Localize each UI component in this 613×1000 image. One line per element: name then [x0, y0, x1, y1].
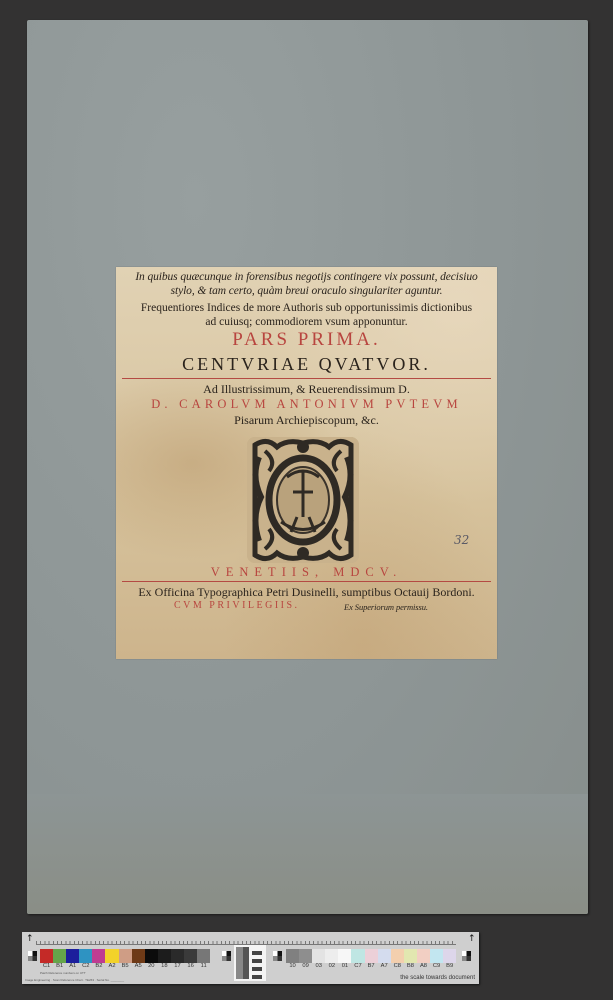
measurement-ruler — [36, 936, 456, 945]
gray-mini-target-2 — [222, 951, 231, 961]
patch-11 — [197, 949, 210, 963]
label-A7: A7 — [378, 963, 391, 969]
gray-mini-target-1 — [28, 951, 37, 961]
right-patch-labels: 10 09 03 02 01 C7 B7 A7 C8 B8 A8 C9 B9 — [286, 963, 456, 969]
patch-B1 — [53, 949, 66, 963]
patch-16 — [184, 949, 197, 963]
label-18: 18 — [158, 963, 171, 969]
handwritten-note: 32 — [454, 533, 469, 547]
patch-A2 — [105, 949, 118, 963]
label-B1: B1 — [53, 963, 66, 969]
resolution-mark-4 — [252, 975, 262, 979]
label-09: 09 — [299, 963, 312, 969]
label-01: 01 — [338, 963, 351, 969]
subtitle-italic-line-2: stylo, & tam certo, quàm breui oraculo s… — [116, 285, 497, 297]
imprint-printer: Ex Officina Typographica Petri Dusinelli… — [116, 585, 497, 600]
up-arrow-icon-left: ↑ — [26, 935, 34, 944]
resolution-mark-3 — [252, 967, 262, 971]
patch-C7 — [351, 949, 364, 963]
label-B8: B8 — [404, 963, 417, 969]
label-20: 20 — [145, 963, 158, 969]
label-16: 16 — [184, 963, 197, 969]
patch-C1 — [40, 949, 53, 963]
patch-20 — [145, 949, 158, 963]
label-C8: C8 — [391, 963, 404, 969]
label-C1: C1 — [40, 963, 53, 969]
patch-C8 — [391, 949, 404, 963]
subtitle-roman-line-2: ad cuiusq; commodiorem vsum apponuntur. — [116, 316, 497, 328]
dedicatee-name: D. CAROLVM ANTONIVM PVTEVM — [116, 397, 497, 412]
label-B9: B9 — [443, 963, 456, 969]
label-A2: A2 — [105, 963, 118, 969]
centuriae-heading: CENTVRIAE QVATVOR. — [116, 354, 497, 375]
label-10: 10 — [286, 963, 299, 969]
patch-B7 — [365, 949, 378, 963]
gray-bar-light — [236, 947, 243, 979]
woodcut-ornament-icon — [247, 437, 359, 563]
patch-18 — [158, 949, 171, 963]
patch-03 — [312, 949, 325, 963]
patch-A7 — [378, 949, 391, 963]
gray-mini-target-3 — [273, 951, 282, 961]
patch-09 — [299, 949, 312, 963]
patch-reference-note: Patch Reference numbers on UTT — [40, 971, 86, 975]
red-rule-bottom — [122, 581, 491, 582]
label-11: 11 — [197, 963, 210, 969]
patch-17 — [171, 949, 184, 963]
mount-board-shade — [27, 794, 588, 914]
patch-B8 — [404, 949, 417, 963]
permission-line: Ex Superiorum permissu. — [344, 602, 428, 612]
printer-device-woodcut — [247, 437, 359, 563]
label-C9: C9 — [430, 963, 443, 969]
dedication-line-1: Ad Illustrissimum, & Reuerendissimum D. — [116, 382, 497, 397]
patch-01 — [338, 949, 351, 963]
resolution-mark-2 — [252, 959, 262, 963]
privilege-line: CVM PRIVILEGIIS. — [174, 600, 300, 611]
gray-mini-target-4 — [462, 951, 471, 961]
label-02: 02 — [325, 963, 338, 969]
patch-02 — [325, 949, 338, 963]
label-B2: B2 — [92, 963, 105, 969]
patch-C9 — [430, 949, 443, 963]
patch-A8 — [417, 949, 430, 963]
up-arrow-icon-right: ↑ — [468, 935, 476, 944]
patch-B5 — [119, 949, 132, 963]
title-page: In quibus quæcunque in forensibus negoti… — [116, 267, 497, 659]
chart-footer-right: the scale towards document — [400, 975, 475, 981]
label-B5: B5 — [119, 963, 132, 969]
red-rule-top — [122, 378, 491, 379]
chart-footer-left: Image Engineering · Scan Reference Chart… — [25, 978, 124, 982]
label-A1: A1 — [66, 963, 79, 969]
pars-prima-heading: PARS PRIMA. — [116, 329, 497, 351]
left-color-patches — [40, 949, 210, 963]
patch-C2 — [79, 949, 92, 963]
left-patch-labels: C1 B1 A1 C2 B2 A2 B5 A5 20 18 17 16 11 — [40, 963, 210, 969]
patch-B2 — [92, 949, 105, 963]
imprint-place-date: VENETIIS, MDCV. — [116, 565, 497, 580]
label-C7: C7 — [351, 963, 364, 969]
resolution-mark-1 — [252, 951, 262, 955]
label-17: 17 — [171, 963, 184, 969]
label-03: 03 — [312, 963, 325, 969]
right-color-patches — [286, 949, 456, 963]
color-reference-chart: ↑ ↑ C1 B1 A1 C2 B2 A2 B5 A5 20 18 17 16 … — [22, 932, 479, 984]
patch-B9 — [443, 949, 456, 963]
patch-A5 — [132, 949, 145, 963]
gray-bar-dark — [243, 947, 249, 979]
patch-10 — [286, 949, 299, 963]
gray-step-target — [234, 945, 266, 981]
label-C2: C2 — [79, 963, 92, 969]
subtitle-roman-line-1: Frequentiores Indices de more Authoris s… — [116, 302, 497, 314]
label-B7: B7 — [365, 963, 378, 969]
patch-A1 — [66, 949, 79, 963]
dedication-line-2: Pisarum Archiepiscopum, &c. — [116, 413, 497, 428]
subtitle-italic-line-1: In quibus quæcunque in forensibus negoti… — [116, 271, 497, 283]
label-A8: A8 — [417, 963, 430, 969]
label-A5: A5 — [132, 963, 145, 969]
